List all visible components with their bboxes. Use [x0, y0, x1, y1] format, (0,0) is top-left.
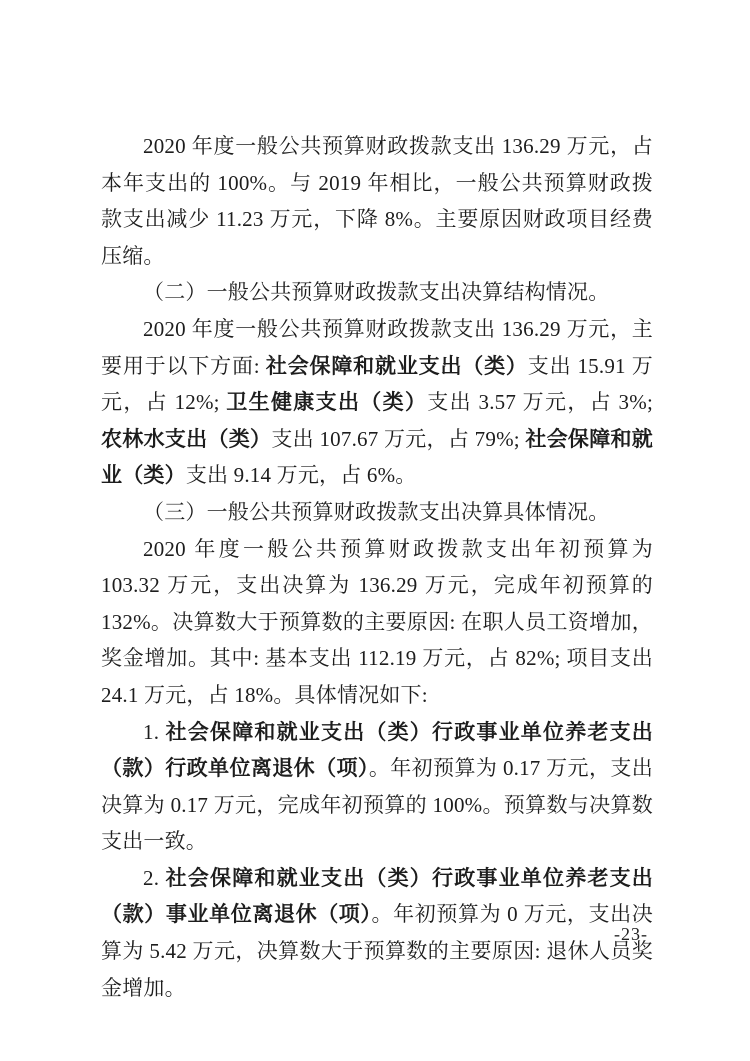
text-run: 2020 年度一般公共预算财政拨款支出年初预算为 103.32 万元，支出决算为… [101, 537, 653, 707]
document-text-block: 2020 年度一般公共预算财政拨款支出 136.29 万元，占本年支出的 100… [101, 128, 653, 1006]
text-run: 支出 107.67 万元，占 79%; [271, 427, 525, 451]
text-run: 2020 年度一般公共预算财政拨款支出 136.29 万元，占本年支出的 100… [101, 134, 653, 268]
paragraph-section-heading-2: （二）一般公共预算财政拨款支出决算结构情况。 [101, 274, 653, 311]
category-health-expenditure: 卫生健康支出（类） [226, 390, 427, 414]
list-number: 1. [143, 720, 166, 744]
paragraph-fiscal-summary: 2020 年度一般公共预算财政拨款支出 136.29 万元，占本年支出的 100… [101, 128, 653, 274]
page-number: -23- [614, 924, 648, 945]
text-run: 支出 9.14 万元，占 6%。 [186, 463, 417, 487]
category-agriculture-water-expenditure: 农林水支出（类） [101, 427, 271, 451]
paragraph-section-heading-3: （三）一般公共预算财政拨款支出决算具体情况。 [101, 494, 653, 531]
text-run: （二）一般公共预算财政拨款支出决算结构情况。 [143, 280, 609, 304]
paragraph-expenditure-structure: 2020 年度一般公共预算财政拨款支出 136.29 万元，主要用于以下方面: … [101, 311, 653, 494]
text-run: 支出 3.57 万元，占 3%; [427, 390, 653, 414]
text-run: （三）一般公共预算财政拨款支出决算具体情况。 [143, 500, 609, 524]
category-social-security-expenditure: 社会保障和就业支出（类） [266, 354, 528, 378]
paragraph-budget-vs-final: 2020 年度一般公共预算财政拨款支出年初预算为 103.32 万元，支出决算为… [101, 531, 653, 714]
paragraph-item-1: 1. 社会保障和就业支出（类）行政事业单位养老支出（款）行政单位离退休（项）。年… [101, 714, 653, 860]
document-page: 2020 年度一般公共预算财政拨款支出 136.29 万元，占本年支出的 100… [0, 0, 750, 1061]
paragraph-item-2: 2. 社会保障和就业支出（类）行政事业单位养老支出（款）事业单位离退休（项）。年… [101, 860, 653, 1006]
list-number: 2. [143, 866, 166, 890]
